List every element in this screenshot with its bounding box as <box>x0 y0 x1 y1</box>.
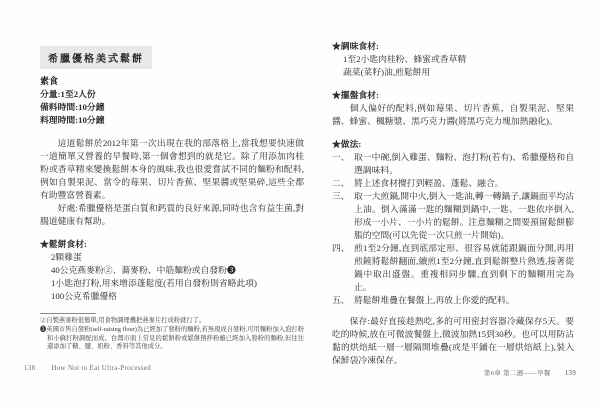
page-number-left: 138 <box>24 364 35 372</box>
step-number: 三、 <box>332 190 354 242</box>
step-number: 一、 <box>332 151 354 177</box>
step-text: 煎1至2分鐘,直到底部定形、很容易就能跟鍋面分開,再用煎鏟將鬆餅翻面,續煎1至2… <box>354 242 574 294</box>
intro-paragraph-2: 好處:希臘優格是蛋白質和鈣質的良好來源,同時也含有益生菌,對腸道健康有幫助。 <box>40 202 304 228</box>
diet-label: 素食 <box>40 75 304 88</box>
right-page-footer: 第6章 第二週——早餐 139 <box>484 368 576 377</box>
ingredient-item: 1小匙泡打粉,用來增添蓬鬆度(若用自發粉則省略此項) <box>40 277 304 290</box>
book-title-footer: How Not to Eat Ultra-Processed <box>51 364 151 372</box>
step-text: 將上述食材攪打到輕盈、蓬鬆、融合。 <box>354 177 574 190</box>
left-page-footer: 138 How Not to Eat Ultra-Processed <box>24 364 151 372</box>
intro-paragraph-1: 這道鬆餅於2012年第一次出現在我的部落格上,當我想要快速做一道簡單又營養的早餐… <box>40 137 304 202</box>
storage-paragraph: 保存:最好直接趁熱吃,多的可用密封容器冷藏保存5天。要吃的時候,放在可微波餐盤上… <box>332 315 574 367</box>
plating-heading: ★擺盤食材: <box>332 89 574 102</box>
step-number: 二、 <box>332 177 354 190</box>
step-number: 五、 <box>332 294 354 307</box>
step-text: 取一中碗,倒入雞蛋、麵粉、泡打粉(若有)、希臘優格和自選調味料。 <box>354 151 574 177</box>
footnote-oat-flour: ②自製燕麥粉很簡單,用食物調理機把燕麥片打成粉就行了。 <box>40 317 304 326</box>
prep-time: 備料時間:10分鐘 <box>40 101 304 114</box>
footnote-divider <box>40 313 96 314</box>
footnote-block: ②自製燕麥粉很簡單,用食物調理機把燕麥片打成粉就行了。 ❸英國市售自發粉(sel… <box>40 313 304 352</box>
step-text: 取一大煎鍋,開中火,倒入一匙油,轉一轉鍋子,讓鍋面平均沾上油。倒入滿滿一匙的麵糊… <box>354 190 574 242</box>
ingredient-item: 2顆雞蛋 <box>40 251 304 264</box>
step-item: 四、 煎1至2分鐘,直到底部定形、很容易就能跟鍋面分開,再用煎鏟將鬆餅翻面,續煎… <box>332 242 574 294</box>
book-spread: 希臘優格美式鬆餅 素食 分量:1至2人份 備料時間:10分鐘 料理時間:10分鐘… <box>0 0 600 409</box>
serving-info: 分量:1至2人份 <box>40 88 304 101</box>
recipe-title: 希臘優格美式鬆餅 <box>40 46 152 69</box>
chapter-footer: 第6章 第二週——早餐 <box>484 368 551 377</box>
step-number: 四、 <box>332 242 354 294</box>
seasoning-item: 蔬菜(菜籽)油,煎鬆餅用 <box>332 66 574 79</box>
cook-time: 料理時間:10分鐘 <box>40 114 304 127</box>
seasoning-heading: ★調味食材: <box>332 40 574 53</box>
left-page: 希臘優格美式鬆餅 素食 分量:1至2人份 備料時間:10分鐘 料理時間:10分鐘… <box>40 0 304 352</box>
plating-paragraph: 個人偏好的配料,例如莓果、切片香蕉、自製果泥、堅果醬、蜂蜜、楓糖漿、黑巧克力醬(… <box>332 102 574 128</box>
step-item: 三、 取一大煎鍋,開中火,倒入一匙油,轉一轉鍋子,讓鍋面平均沾上油。倒入滿滿一匙… <box>332 190 574 242</box>
seasoning-item: 1至2小匙肉桂粉、蜂蜜或香草精 <box>332 53 574 66</box>
step-text: 將鬆餅堆疊在餐盤上,再放上你愛的配料。 <box>354 294 574 307</box>
ingredient-item: 40公克燕麥粉②、蕎麥粉、中筋麵粉或自發粉❸ <box>40 264 304 277</box>
step-item: 一、 取一中碗,倒入雞蛋、麵粉、泡打粉(若有)、希臘優格和自選調味料。 <box>332 151 574 177</box>
steps-heading: ★做法: <box>332 138 574 151</box>
step-item: 二、 將上述食材攪打到輕盈、蓬鬆、融合。 <box>332 177 574 190</box>
ingredient-item: 100公克希臘優格 <box>40 290 304 303</box>
page-number-right: 139 <box>565 369 576 377</box>
pancake-ingredients-heading: ★鬆餅食材: <box>40 238 304 251</box>
step-item: 五、 將鬆餅堆疊在餐盤上,再放上你愛的配料。 <box>332 294 574 307</box>
footnote-self-raising-flour: ❸英國市售自發粉(self-raising flour)為已經加了發粉的麵粉,若… <box>40 326 304 352</box>
right-page: ★調味食材: 1至2小匙肉桂粉、蜂蜜或香草精 蔬菜(菜籽)油,煎鬆餅用 ★擺盤食… <box>332 0 574 367</box>
